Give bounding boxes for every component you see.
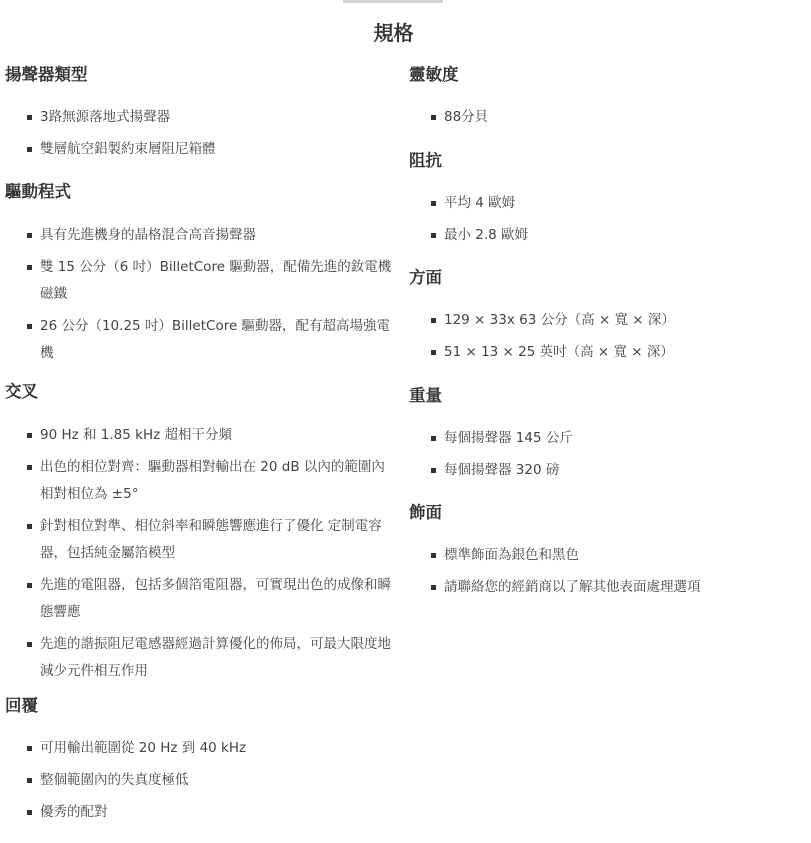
spec-section-weight: 重量 每個揚聲器 145 公斤 每個揚聲器 320 磅 [409, 384, 799, 484]
section-heading: 阻抗 [409, 149, 799, 173]
top-divider-bar [343, 0, 443, 3]
spec-list: 標準飾面為銀色和黑色 請聯絡您的經銷商以了解其他表面處理選項 [409, 542, 799, 601]
spec-list: 129 × 33x 63 公分（高 × 寬 × 深） 51 × 13 × 25 … [409, 307, 799, 366]
list-item: 51 × 13 × 25 英吋（高 × 寬 × 深） [409, 339, 799, 366]
spec-section-speaker-type: 揚聲器類型 3路無源落地式揚聲器 雙層航空鋁製約束層阻尼箱體 [5, 63, 395, 163]
list-item: 每個揚聲器 320 磅 [409, 457, 799, 484]
spec-list: 88分貝 [409, 104, 799, 131]
list-item: 先進的諧振阻尼電感器經過計算優化的佈局，可最大限度地減少元件相互作用 [5, 631, 395, 685]
list-item: 雙層航空鋁製約束層阻尼箱體 [5, 136, 395, 163]
spec-section-dimensions: 方面 129 × 33x 63 公分（高 × 寬 × 深） 51 × 13 × … [409, 266, 799, 366]
section-heading: 驅動程式 [5, 180, 395, 204]
list-item: 具有先進機身的晶格混合高音揚聲器 [5, 222, 395, 249]
spec-list: 具有先進機身的晶格混合高音揚聲器 雙 15 公分（6 吋）BilletCore … [5, 222, 395, 367]
spec-list: 平均 4 歐姆 最小 2.8 歐姆 [409, 190, 799, 249]
list-item: 129 × 33x 63 公分（高 × 寬 × 深） [409, 307, 799, 334]
list-item: 針對相位對準、相位斜率和瞬態響應進行了優化 定制電容器，包括純金屬箔模型 [5, 513, 395, 567]
list-item: 標準飾面為銀色和黑色 [409, 542, 799, 569]
list-item: 每個揚聲器 145 公斤 [409, 425, 799, 452]
spec-section-impedance: 阻抗 平均 4 歐姆 最小 2.8 歐姆 [409, 149, 799, 249]
list-item: 出色的相位對齊：驅動器相對輸出在 20 dB 以內的範圍內相對相位為 ±5° [5, 454, 395, 508]
section-heading: 揚聲器類型 [5, 63, 395, 87]
list-item: 最小 2.8 歐姆 [409, 222, 799, 249]
list-item: 雙 15 公分（6 吋）BilletCore 驅動器，配備先進的釹電機磁鐵 [5, 254, 395, 308]
spec-list: 每個揚聲器 145 公斤 每個揚聲器 320 磅 [409, 425, 799, 484]
list-item: 88分貝 [409, 104, 799, 131]
list-item: 90 Hz 和 1.85 kHz 超相干分頻 [5, 422, 395, 449]
spec-section-finish: 飾面 標準飾面為銀色和黑色 請聯絡您的經銷商以了解其他表面處理選項 [409, 501, 799, 601]
spec-list: 90 Hz 和 1.85 kHz 超相干分頻 出色的相位對齊：驅動器相對輸出在 … [5, 422, 395, 685]
spec-list: 可用輸出範圍從 20 Hz 到 40 kHz 整個範圍內的失真度極低 優秀的配對 [5, 735, 395, 826]
section-heading: 交叉 [5, 380, 395, 404]
spec-section-drivers: 驅動程式 具有先進機身的晶格混合高音揚聲器 雙 15 公分（6 吋）Billet… [5, 180, 395, 367]
list-item: 3路無源落地式揚聲器 [5, 104, 395, 131]
spec-section-sensitivity: 靈敏度 88分貝 [409, 63, 799, 131]
section-heading: 方面 [409, 266, 799, 290]
list-item: 26 公分（10.25 吋）BilletCore 驅動器，配有超高場強電機 [5, 313, 395, 367]
section-heading: 靈敏度 [409, 63, 799, 87]
list-item: 先進的電阻器，包括多個箔電阻器，可實現出色的成像和瞬態響應 [5, 572, 395, 626]
list-item: 優秀的配對 [5, 799, 395, 826]
list-item: 請聯絡您的經銷商以了解其他表面處理選項 [409, 574, 799, 601]
spec-list: 3路無源落地式揚聲器 雙層航空鋁製約束層阻尼箱體 [5, 104, 395, 163]
list-item: 整個範圍內的失真度極低 [5, 767, 395, 794]
list-item: 平均 4 歐姆 [409, 190, 799, 217]
spec-section-response: 回覆 可用輸出範圍從 20 Hz 到 40 kHz 整個範圍內的失真度極低 優秀… [5, 694, 395, 826]
list-item: 可用輸出範圍從 20 Hz 到 40 kHz [5, 735, 395, 762]
section-heading: 飾面 [409, 501, 799, 525]
page-title: 規格 [0, 17, 787, 46]
spec-section-crossover: 交叉 90 Hz 和 1.85 kHz 超相干分頻 出色的相位對齊：驅動器相對輸… [5, 380, 395, 685]
section-heading: 回覆 [5, 694, 395, 718]
section-heading: 重量 [409, 384, 799, 408]
